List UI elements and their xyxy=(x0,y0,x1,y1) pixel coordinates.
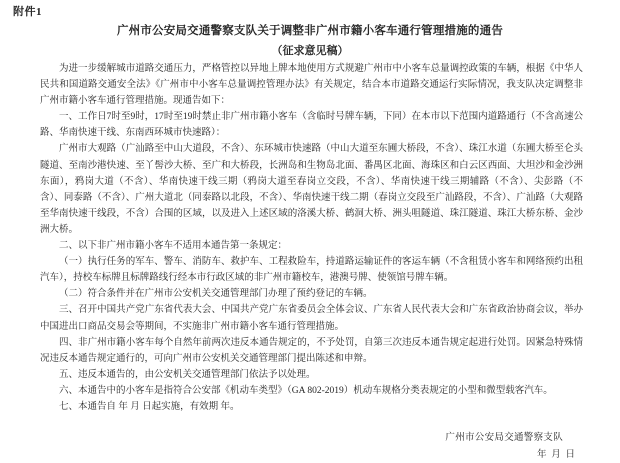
attachment-label: 附件1 xyxy=(13,3,42,19)
paragraph-item-1: 一、工作日7时至9时，17时至19时禁止非广州市籍小客车（含临时号牌车辆，下同）… xyxy=(40,109,583,141)
paragraph-intro: 为进一步缓解城市道路交通压力，严格管控以异地上牌本地使用方式规避广州市中小客车总… xyxy=(40,61,583,109)
paragraph-item-3: 三、召开中国共产党广东省代表大会、中国共产党广东省委员会全体会议、广东省人民代表… xyxy=(40,302,583,334)
paragraph-item-4: 四、非广州市籍小客车每个自然年前两次违反本通告规定的，不予处罚，自第三次违反本通… xyxy=(40,335,583,367)
paragraph-item-7: 七、本通告自 年 月 日起实施，有效期 年。 xyxy=(40,399,583,415)
document-body: 为进一步缓解城市道路交通压力，严格管控以异地上牌本地使用方式规避广州市中小客车总… xyxy=(40,61,583,415)
document-subtitle: （征求意见稿） xyxy=(0,42,620,58)
paragraph-item-2: 二、以下非广州市籍小客车不适用本通告第一条规定： xyxy=(40,238,583,254)
paragraph-exemption-1: （一）执行任务的军车、警车、消防车、救护车、工程救险车，持道路运输证件的客运车辆… xyxy=(40,254,583,286)
document-title: 广州市公安局交通警察支队关于调整非广州市籍小客车通行管理措施的通告 xyxy=(30,22,590,38)
document-page: 附件1 广州市公安局交通警察支队关于调整非广州市籍小客车通行管理措施的通告 （征… xyxy=(0,0,620,463)
signature-date: 年 月 日 xyxy=(537,446,575,460)
paragraph-restricted-area: 广州市大观路（广汕路至中山大道段，不含）、东环城市快速路（中山大道至东圃大桥段，… xyxy=(40,141,583,238)
signature-issuer: 广州市公安局交通警察支队 xyxy=(445,429,563,443)
paragraph-item-5: 五、违反本通告的，由公安机关交通管理部门依法予以处理。 xyxy=(40,367,583,383)
paragraph-exemption-2: （二）符合条件并在广州市公安机关交通管理部门办理了预约登记的车辆。 xyxy=(40,286,583,302)
paragraph-item-6: 六、本通告中的小客车是指符合公安部《机动车类型》（GA 802-2019）机动车… xyxy=(40,383,583,399)
